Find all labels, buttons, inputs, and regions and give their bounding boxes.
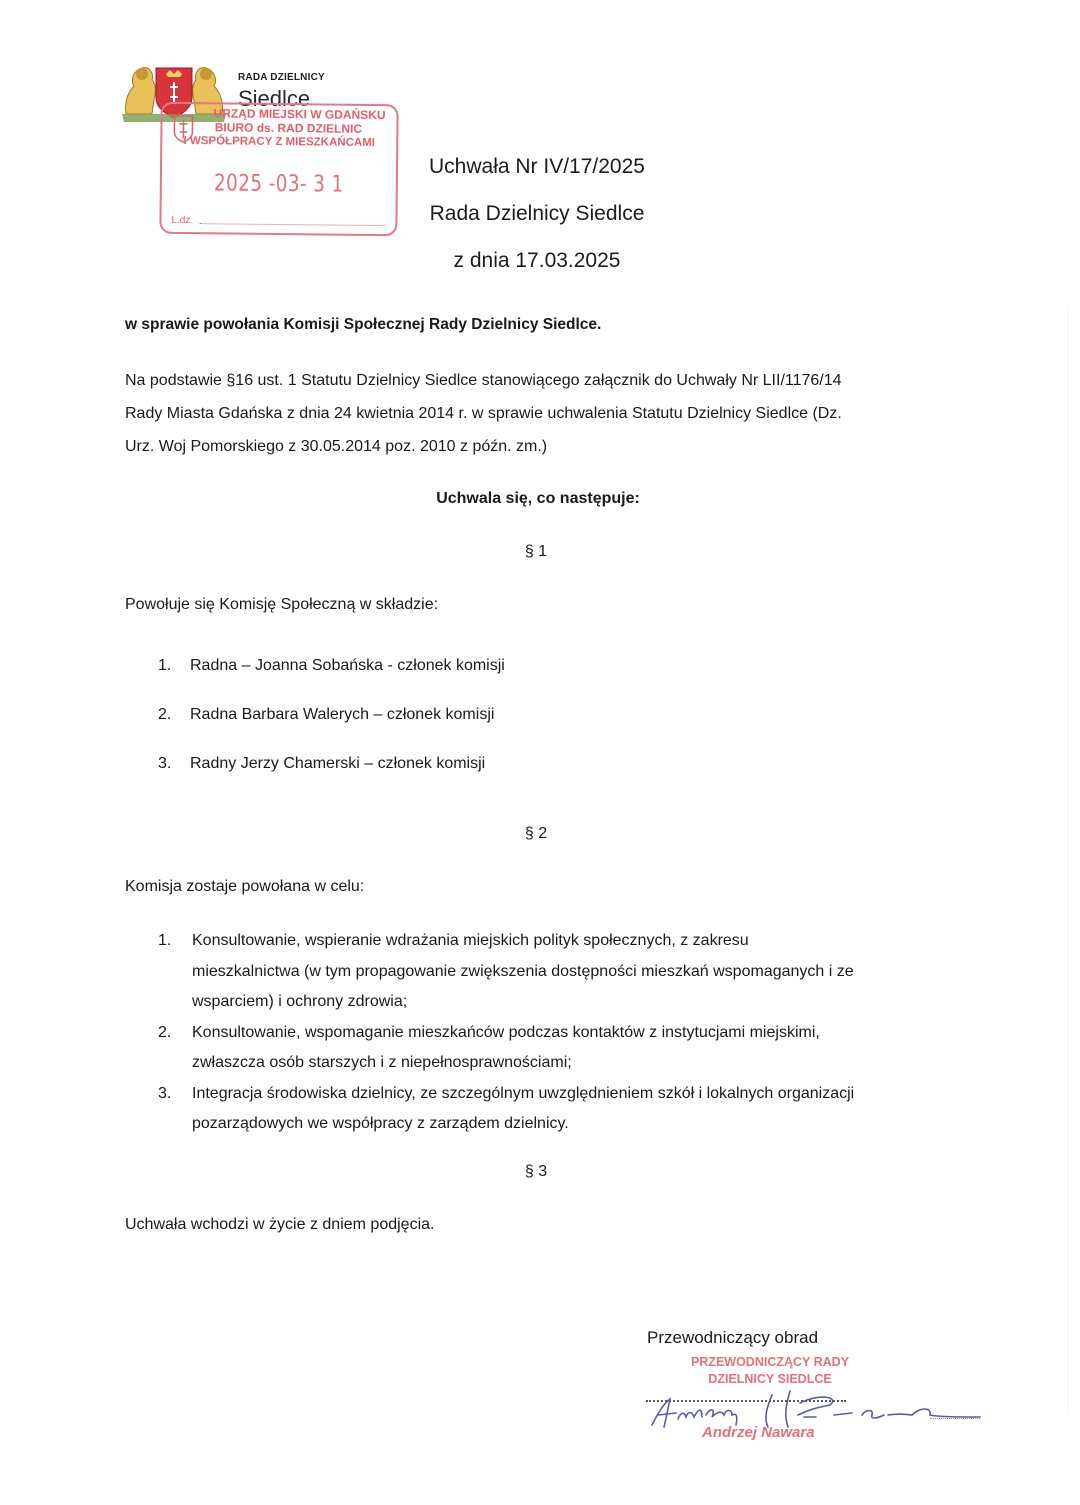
item-number: 1. (158, 657, 190, 706)
purpose-line: Konsultowanie, wspieranie wdrażania miej… (192, 926, 958, 957)
resolution-number: Uchwała Nr IV/17/2025 (414, 155, 660, 179)
section-1-mark: § 1 (0, 543, 1072, 561)
list-item: 2.Radna Barbara Walerych – członek komis… (158, 706, 505, 755)
list-item: 3.Radny Jerzy Chamerski – członek komisj… (158, 755, 505, 804)
members-list: 1.Radna – Joanna Sobańska - członek komi… (158, 657, 505, 804)
purpose-text: Konsultowanie, wspieranie wdrażania miej… (192, 926, 958, 1018)
legal-basis-line: Na podstawie §16 ust. 1 Statutu Dzielnic… (125, 364, 955, 397)
signatory-stamp-line-1: PRZEWODNICZĄCY RADY (650, 1355, 890, 1369)
section-2-lead: Komisja zostaje powołana w celu: (125, 878, 364, 896)
legal-basis-line: Rady Miasta Gdańska z dnia 24 kwietnia 2… (125, 397, 955, 430)
list-item: 3. Integracja środowiska dzielnicy, ze s… (158, 1079, 958, 1140)
item-number: 1. (158, 926, 192, 1018)
document-page: RADA DZIELNICY Siedlce URZĄD MIEJSKI W G… (0, 0, 1080, 1505)
resolution-date: z dnia 17.03.2025 (414, 249, 660, 273)
member-text: Radna Barbara Walerych – członek komisji (190, 706, 494, 755)
item-number: 3. (158, 755, 190, 804)
purposes-list: 1. Konsultowanie, wspieranie wdrażania m… (158, 926, 958, 1140)
section-1-lead: Powołuje się Komisję Społeczną w składzi… (125, 596, 438, 614)
member-text: Radny Jerzy Chamerski – członek komisji (190, 755, 485, 804)
section-2-mark: § 2 (0, 825, 1072, 843)
item-number: 3. (158, 1079, 192, 1140)
stamp-date: 2025 -03- 3 1 (185, 170, 372, 198)
stamp-line-3: I WSPÓŁPRACY Z MIESZKAŃCAMI (162, 135, 396, 150)
purpose-line: pozarządowych we współpracy z zarządem d… (192, 1109, 958, 1140)
resolution-body: Rada Dzielnicy Siedlce (414, 202, 660, 226)
purpose-line: wsparciem) i ochrony zdrowia; (192, 987, 958, 1018)
resolves-heading: Uchwala się, co następuje: (0, 490, 1074, 508)
purpose-text: Konsultowanie, wspomaganie mieszkańców p… (192, 1018, 958, 1079)
member-text: Radna – Joanna Sobańska - członek komisj… (190, 657, 505, 706)
purpose-line: Integracja środowiska dzielnicy, ze szcz… (192, 1079, 958, 1110)
stamp-line-1: URZĄD MIEJSKI W GDAŃSKU (163, 107, 397, 122)
stamp-ldz-label: L.dz. (171, 215, 193, 226)
signatory-role: Przewodniczący obrad (647, 1328, 818, 1348)
purpose-text: Integracja środowiska dzielnicy, ze szcz… (192, 1079, 958, 1140)
handwritten-signature-icon (640, 1385, 990, 1445)
legal-basis-line: Urz. Woj Pomorskiego z 30.05.2014 poz. 2… (125, 430, 955, 463)
item-number: 2. (158, 1018, 192, 1079)
section-3-mark: § 3 (0, 1163, 1072, 1181)
signatory-stamp-line-2: DZIELNICY SIEDLCE (650, 1372, 890, 1386)
list-item: 1.Radna – Joanna Sobańska - członek komi… (158, 657, 505, 706)
stamp-line-2: BIURO ds. RAD DZIELNIC (162, 121, 396, 136)
resolution-subject: w sprawie powołania Komisji Społecznej R… (125, 316, 601, 334)
purpose-line: Konsultowanie, wspomaganie mieszkańców p… (192, 1018, 958, 1049)
list-item: 1. Konsultowanie, wspieranie wdrażania m… (158, 926, 958, 1018)
section-3-text: Uchwała wchodzi w życie z dniem podjęcia… (125, 1216, 434, 1234)
stamp-ldz-field (199, 223, 385, 226)
purpose-line: mieszkalnictwa (w tym propagowanie zwięk… (192, 957, 958, 988)
received-stamp: URZĄD MIEJSKI W GDAŃSKU BIURO ds. RAD DZ… (159, 102, 398, 236)
council-label: RADA DZIELNICY (238, 72, 325, 83)
legal-basis: Na podstawie §16 ust. 1 Statutu Dzielnic… (125, 364, 955, 463)
signatory-name: Andrzej Nawara (702, 1424, 815, 1441)
list-item: 2. Konsultowanie, wspomaganie mieszkańcó… (158, 1018, 958, 1079)
scan-edge-line (1068, 310, 1069, 1410)
item-number: 2. (158, 706, 190, 755)
purpose-line: zwłaszcza osób starszych i z niepełnospr… (192, 1048, 958, 1079)
